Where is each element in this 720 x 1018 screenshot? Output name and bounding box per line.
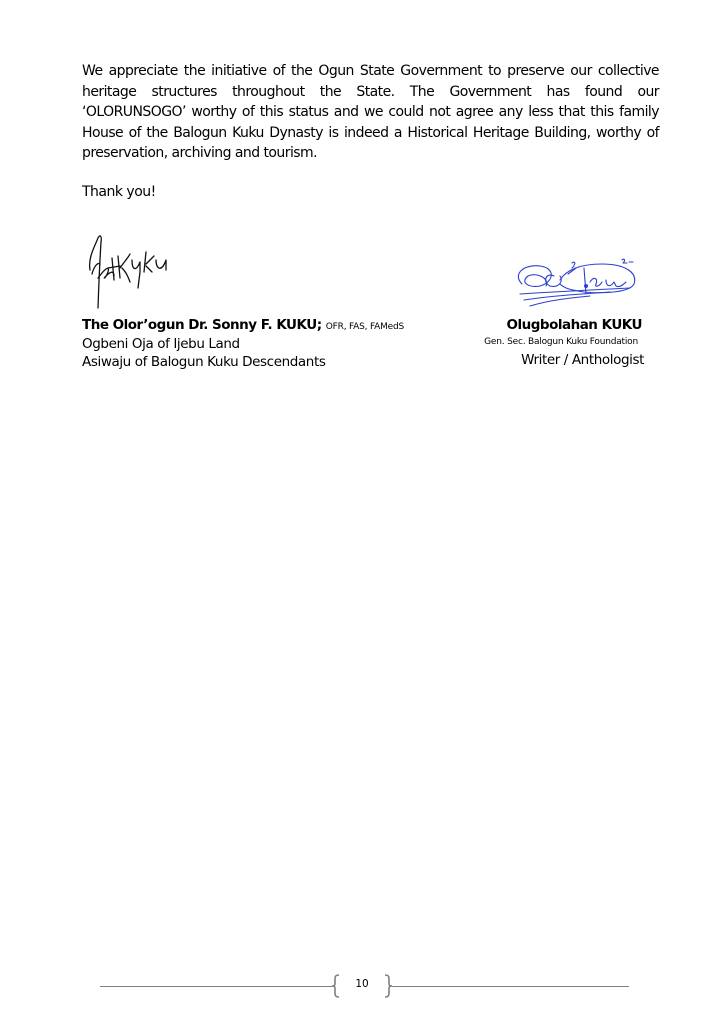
signature-right-icon (510, 254, 645, 310)
left-bracket-icon (332, 974, 340, 998)
page-number: 10 (340, 978, 384, 990)
footer-rule-right (392, 986, 629, 987)
signatory-right: Olugbolahan KUKU Gen. Sec. Balogun Kuku … (484, 316, 644, 369)
closing-line: Thank you! (82, 184, 156, 200)
signatory-left-title-2: Asiwaju of Balogun Kuku Descendants (82, 354, 404, 372)
signatory-right-position: Gen. Sec. Balogun Kuku Foundation (484, 334, 638, 352)
signatory-right-role: Writer / Anthologist (484, 352, 644, 370)
right-bracket-icon (384, 974, 392, 998)
signatory-left-name: The Olor’ogun Dr. Sonny F. KUKU; (82, 317, 322, 333)
footer-rule-left (100, 986, 332, 987)
signature-left-icon (84, 228, 184, 310)
signatory-left-postnominals: OFR, FAS, FAMedS (326, 322, 404, 332)
signatory-right-name: Olugbolahan KUKU (484, 316, 642, 334)
signatory-left-name-line: The Olor’ogun Dr. Sonny F. KUKU; OFR, FA… (82, 316, 404, 336)
signatory-left: The Olor’ogun Dr. Sonny F. KUKU; OFR, FA… (82, 316, 404, 371)
body-paragraph: We appreciate the initiative of the Ogun… (82, 61, 659, 164)
page-footer: 10 (100, 972, 630, 1002)
document-page: We appreciate the initiative of the Ogun… (0, 0, 720, 1018)
signatory-left-title-1: Ogbeni Oja of Ijebu Land (82, 336, 404, 354)
